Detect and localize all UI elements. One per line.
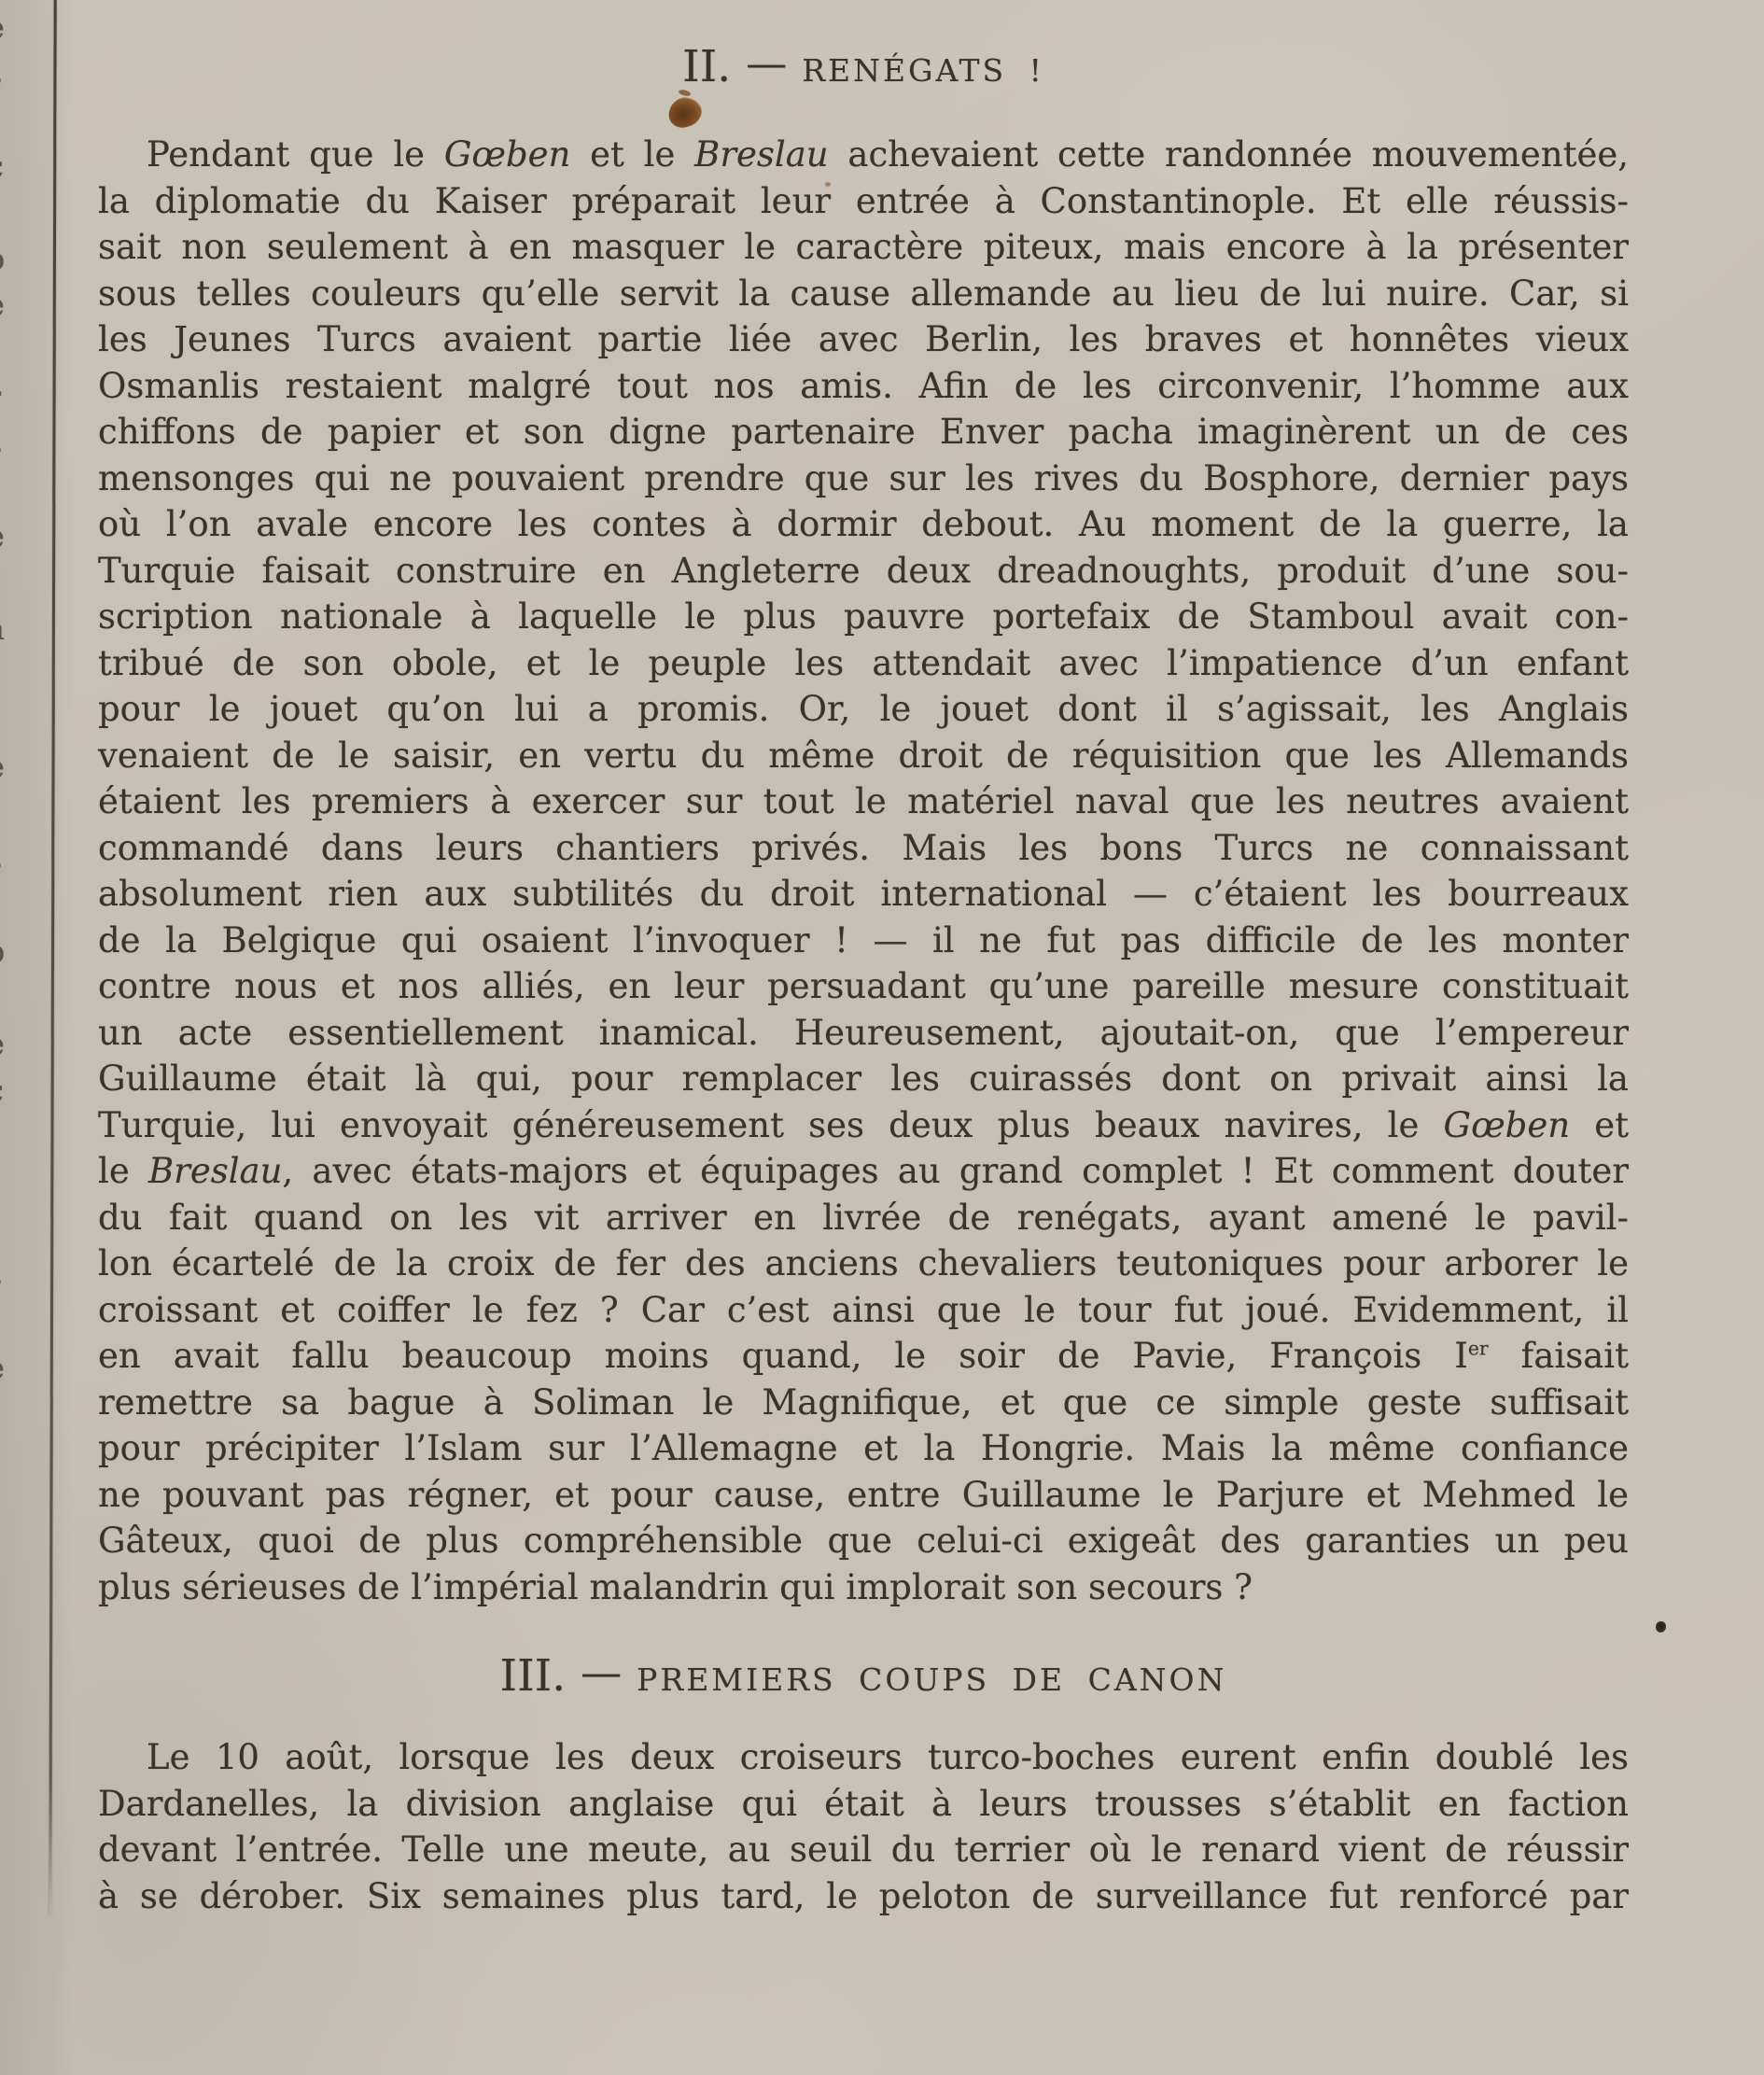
ink-dot: [1656, 1621, 1666, 1633]
edge-glyph-fragment: a: [0, 607, 14, 653]
section-heading-iii: III.—PREMIERS COUPS DE CANON: [98, 1650, 1629, 1712]
edge-glyph-fragment: c: [0, 145, 14, 191]
text-line: à se dérober. Six semaines plus tard, le…: [98, 1873, 1629, 1920]
edge-glyph-fragment: o: [0, 930, 14, 976]
edge-glyph-fragment: [0, 792, 14, 838]
edge-glyph-fragment: t: [0, 98, 14, 145]
text-line: pour précipiter l’Islam sur l’Allemagne …: [98, 1425, 1629, 1472]
text-line: plus sérieuses de l’impérial malandrin q…: [98, 1564, 1629, 1611]
edge-glyph-fragment: c: [0, 1069, 14, 1115]
text-line: tribué de son obole, et le peuple les at…: [98, 640, 1629, 687]
edge-glyph-fragment: s: [0, 837, 14, 884]
text-line: les Jeunes Turcs avaient partie liée ave…: [98, 316, 1629, 363]
text-line: absolument rien aux subtilités du droit …: [98, 871, 1629, 918]
section-title: PREMIERS COUPS DE CANON: [637, 1661, 1226, 1698]
text-line: mensonges qui ne pouvaient prendre que s…: [98, 456, 1629, 502]
text-line: en avait fallu beaucoup moins quand, le …: [98, 1333, 1629, 1380]
text-line: Gâteux, quoi de plus compréhensible que …: [98, 1518, 1629, 1564]
text-line: chiffons de papier et son digne partenai…: [98, 409, 1629, 456]
edge-glyph-fragment: [0, 976, 14, 1023]
section-heading-ii: II.—RENÉGATS !: [98, 41, 1629, 103]
text-line: venaient de le saisir, en vertu du même …: [98, 733, 1629, 779]
edge-glyph-fragment: e: [0, 283, 14, 329]
edge-glyph-fragment: [0, 699, 14, 746]
text-line: devant l’entrée. Telle une meute, au seu…: [98, 1827, 1629, 1873]
text-line: Turquie, lui envoyait généreusement ses …: [98, 1102, 1629, 1149]
text-line: Guillaume était là qui, pour remplacer l…: [98, 1056, 1629, 1102]
edge-glyph-fragment: r: [0, 375, 14, 422]
text-line: commandé dans leurs chantiers privés. Ma…: [98, 825, 1629, 872]
text-line: le Breslau, avec états-majors et équipag…: [98, 1148, 1629, 1195]
text-line: sait non seulement à en masquer le carac…: [98, 224, 1629, 271]
text-line: Pendant que le Gœben et le Breslau achev…: [98, 132, 1629, 178]
text-line: Turquie faisait construire en Angleterre…: [98, 548, 1629, 595]
section-numeral: III.: [500, 1650, 567, 1702]
scanned-book-page: estcoerseatesoectse II.—RENÉGATS ! Penda…: [0, 0, 1764, 2075]
section-dash: —: [731, 40, 802, 88]
text-line: un acte essentiellement inamical. Heureu…: [98, 1010, 1629, 1057]
edge-glyph-fragment: s: [0, 422, 14, 469]
text-line: étaient les premiers à exercer sur tout …: [98, 778, 1629, 825]
section-dash: —: [566, 1649, 637, 1697]
text-line: où l’on avale encore les contes à dormir…: [98, 501, 1629, 548]
text-line: contre nous et nos alliés, en leur persu…: [98, 963, 1629, 1010]
adjacent-page-edge-fragments: estcoerseatesoectse: [0, 6, 14, 1438]
edge-glyph-fragment: t: [0, 652, 14, 699]
edge-glyph-fragment: o: [0, 237, 14, 284]
edge-glyph-fragment: [0, 190, 14, 237]
edge-glyph-fragment: [0, 1115, 14, 1161]
edge-glyph-fragment: t: [0, 1161, 14, 1208]
edge-glyph-fragment: [0, 884, 14, 931]
text-line: croissant et coiffer le fez ? Car c’est …: [98, 1287, 1629, 1334]
text-line: sous telles couleurs qu’elle servit la c…: [98, 271, 1629, 317]
edge-glyph-fragment: [0, 329, 14, 376]
text-line: ne pouvant pas régner, et pour cause, en…: [98, 1472, 1629, 1519]
edge-glyph-fragment: e: [0, 1346, 14, 1393]
text-line: Le 10 août, lorsque les deux croiseurs t…: [98, 1734, 1629, 1781]
edge-glyph-fragment: [0, 560, 14, 607]
text-line: scription nationale à laquelle le plus p…: [98, 594, 1629, 640]
text-line: pour le jouet qu’on lui a promis. Or, le…: [98, 686, 1629, 733]
edge-glyph-fragment: [0, 468, 14, 514]
edge-glyph-fragment: e: [0, 514, 14, 561]
edge-glyph-fragment: s: [0, 1254, 14, 1300]
text-line: remettre sa bague à Soliman le Magnifiqu…: [98, 1380, 1629, 1426]
text-line: la diplomatie du Kaiser préparait leur e…: [98, 178, 1629, 225]
edge-glyph-fragment: e: [0, 6, 14, 52]
edge-glyph-fragment: [0, 1392, 14, 1438]
edge-glyph-fragment: [0, 1299, 14, 1346]
edge-glyph-fragment: e: [0, 745, 14, 792]
text-line: de la Belgique qui osaient l’invoquer ! …: [98, 918, 1629, 964]
text-line: Dardanelles, la division anglaise qui ét…: [98, 1781, 1629, 1828]
text-line: du fait quand on les vit arriver en livr…: [98, 1195, 1629, 1241]
binding-line: [49, 0, 56, 1914]
section-title: RENÉGATS !: [802, 52, 1044, 89]
paragraph-premiers-coups: Le 10 août, lorsque les deux croiseurs t…: [98, 1734, 1629, 1919]
edge-glyph-fragment: [0, 1207, 14, 1254]
edge-glyph-fragment: e: [0, 1022, 14, 1069]
text-line: Osmanlis restaient malgré tout nos amis.…: [98, 363, 1629, 410]
paragraph-renegats: Pendant que le Gœben et le Breslau achev…: [98, 132, 1629, 1610]
section-numeral: II.: [682, 41, 731, 92]
edge-glyph-fragment: s: [0, 52, 14, 99]
text-line: lon écartelé de la croix de fer des anci…: [98, 1241, 1629, 1287]
